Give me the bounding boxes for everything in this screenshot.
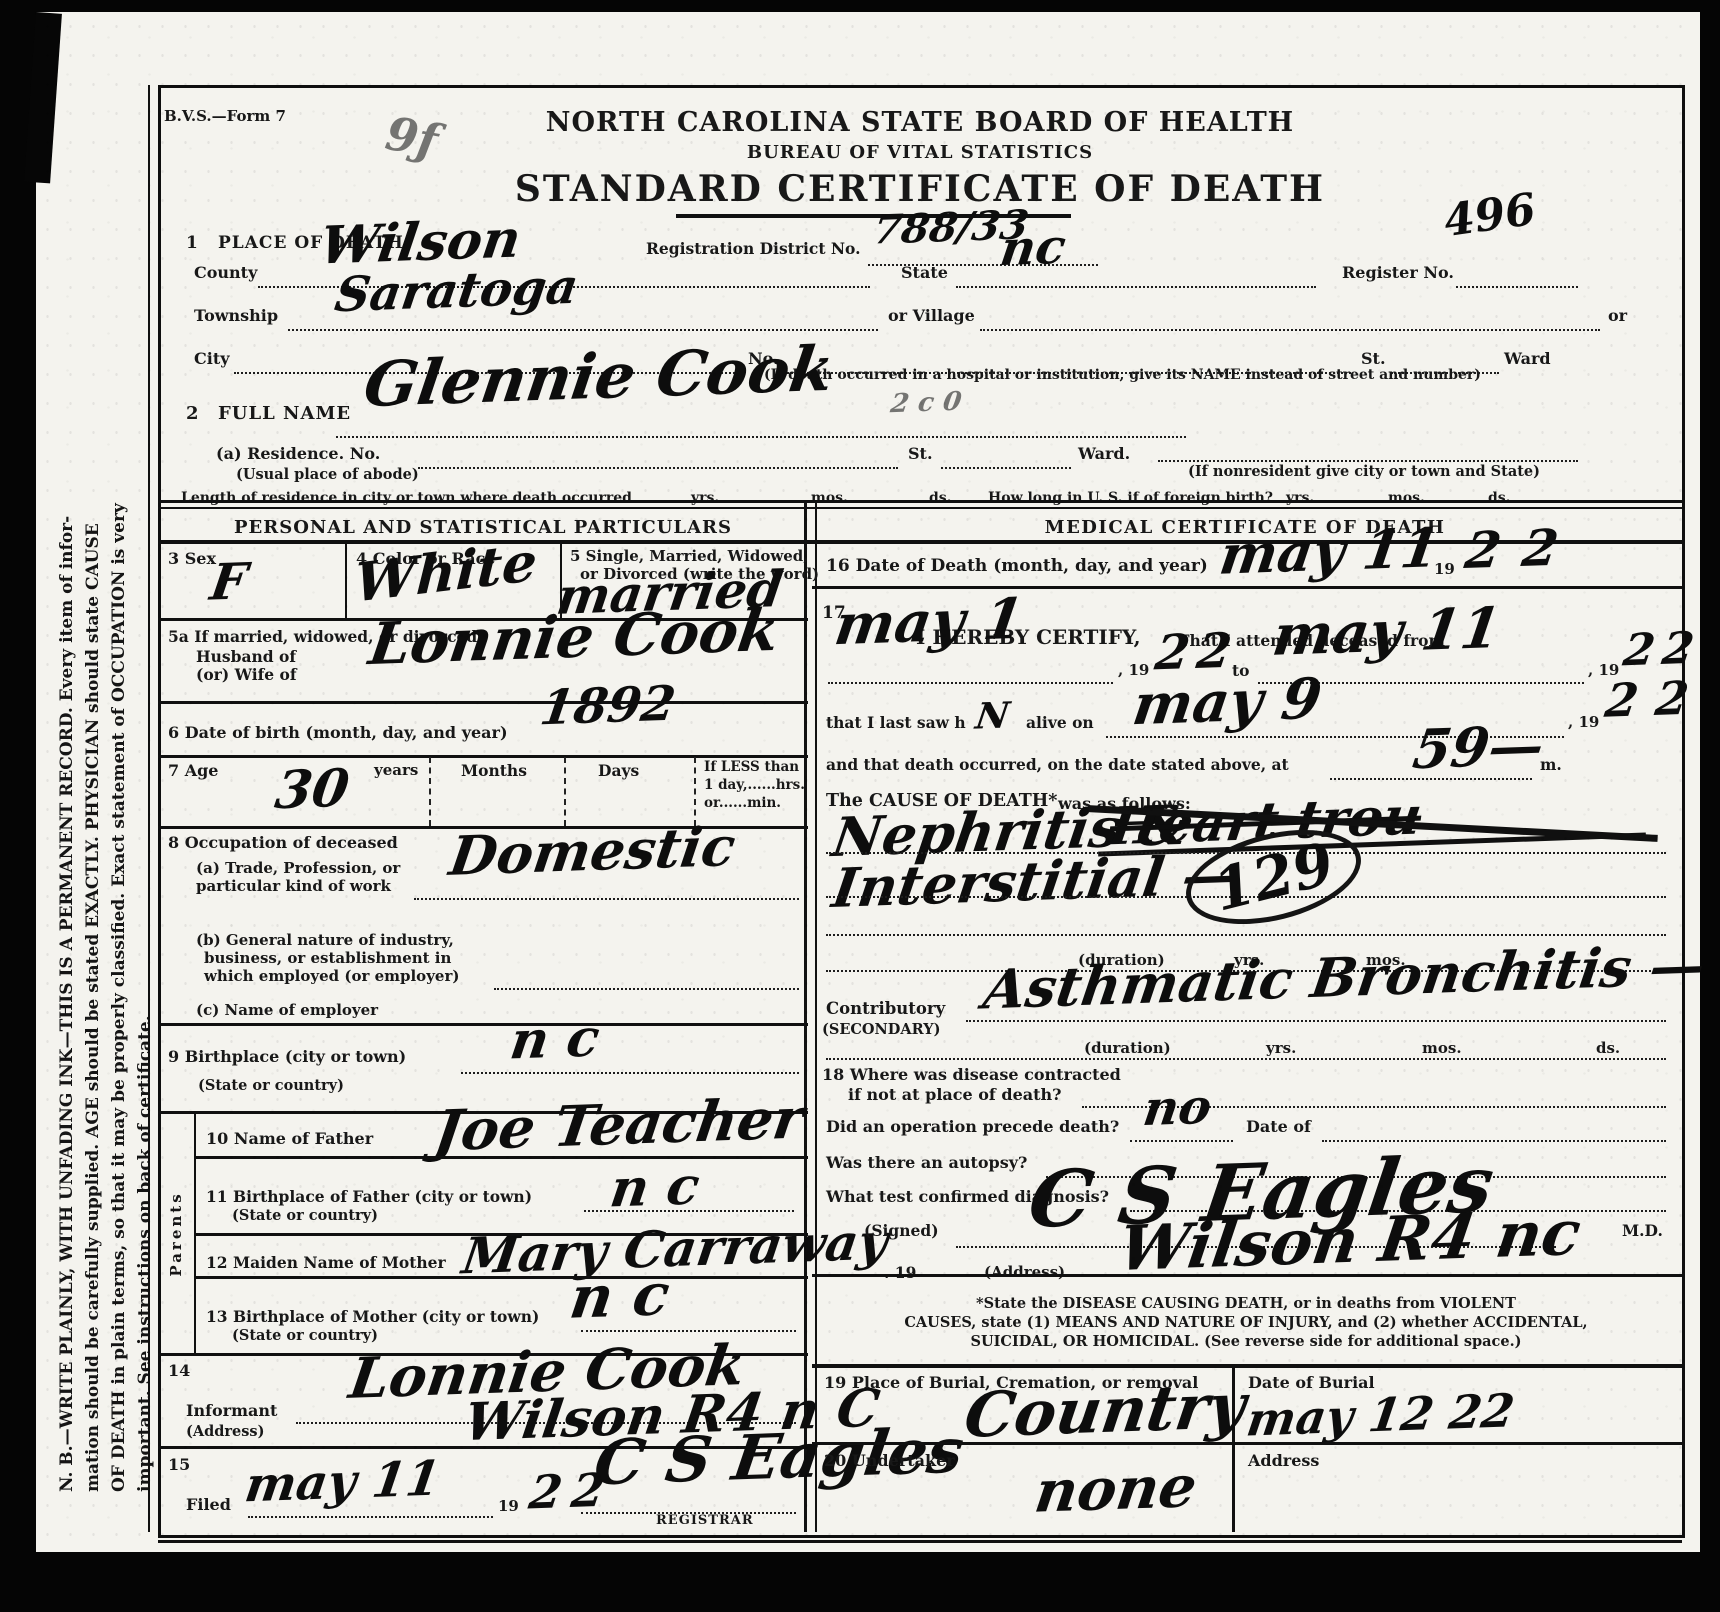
informant-label: Informant	[186, 1402, 277, 1420]
burial-value: Country	[961, 1375, 1249, 1447]
date-of-death-value: may 11	[1217, 520, 1443, 582]
margin-line: N. B.—WRITE PLAINLY, WITH UNFADING INK—T…	[54, 92, 80, 1492]
age-value: 30	[272, 763, 352, 817]
dotted-line	[336, 436, 1186, 438]
occupation-c-label: (c) Name of employer	[196, 1002, 378, 1019]
footnote-line: *State the DISEASE CAUSING DEATH, or in …	[826, 1296, 1666, 1312]
rule	[194, 1156, 808, 1159]
length-residence-label: Length of residence in city or town wher…	[181, 491, 632, 506]
attended-to-value: may 11	[1269, 600, 1504, 664]
rule	[158, 701, 808, 704]
residence-label: (a) Residence. No.	[216, 445, 380, 463]
occupation-a-value: Domestic	[446, 819, 738, 883]
dotted-line	[941, 467, 1071, 469]
rule	[158, 500, 1682, 503]
border-accent-line	[148, 85, 150, 1532]
address-label: (Address)	[984, 1264, 1065, 1281]
dob-label: 6 Date of birth (month, day, and year)	[168, 724, 508, 742]
duration-ds-label: ds.	[1596, 1040, 1620, 1057]
death-occurred-m-label: m.	[1540, 756, 1562, 773]
undertaker-label: 20 Undertaker	[824, 1452, 955, 1470]
cell-divider	[345, 544, 347, 618]
foreign-birth-label: How long in U. S. if of foreign birth?	[988, 491, 1273, 506]
margin-line: important. See instructions on back of c…	[132, 92, 158, 1492]
cause-value-line2: Interstitial —	[829, 847, 1241, 915]
autopsy-label: Was there an autopsy?	[826, 1154, 1027, 1172]
place-of-death-number: 1	[186, 234, 198, 253]
dotted-line	[1456, 286, 1578, 288]
rule	[158, 1023, 808, 1026]
board-title: NORTH CAROLINA STATE BOARD OF HEALTH	[520, 108, 1320, 138]
rule	[812, 1442, 1682, 1445]
yrs-label: yrs.	[691, 491, 719, 506]
father-birthplace-value: n c	[607, 1160, 702, 1215]
burial-date-value: may 12 22	[1244, 1387, 1517, 1442]
duration-yrs-label: yrs.	[1266, 1040, 1296, 1057]
informant-address-label: (Address)	[186, 1424, 264, 1440]
certificate-paper: N. B.—WRITE PLAINLY, WITH UNFADING INK—T…	[36, 12, 1700, 1552]
dotted-line	[1130, 1140, 1233, 1142]
parents-label-text: Parents	[167, 1191, 185, 1276]
margin-instructions: N. B.—WRITE PLAINLY, WITH UNFADING INK—T…	[54, 92, 158, 1492]
secondary-label: (SECONDARY)	[822, 1022, 940, 1038]
undertaker-value: none	[1031, 1457, 1200, 1521]
birthplace-sub-label: (State or country)	[198, 1078, 344, 1094]
spouse-label: Husband of	[196, 648, 296, 665]
or-village-label: or Village	[888, 307, 975, 325]
dotted-line	[826, 934, 1666, 936]
register-no-value: 496	[1441, 188, 1538, 244]
filed-number: 15	[168, 1456, 190, 1474]
rule	[812, 1274, 1682, 1277]
occupation-label: 8 Occupation of deceased	[168, 834, 398, 852]
date-of-death-label: 16 Date of Death (month, day, and year)	[826, 557, 1208, 576]
dotted-line	[494, 988, 799, 990]
dotted-line	[414, 898, 799, 900]
sex-label: 3 Sex	[168, 550, 216, 568]
mother-name-label: 12 Maiden Name of Mother	[206, 1254, 446, 1271]
md-label: M.D.	[1622, 1222, 1663, 1239]
age-years-label: years	[374, 762, 418, 779]
stray-ink-mark: 9ƒ	[382, 110, 441, 164]
undertaker-address-label: Address	[1248, 1452, 1319, 1470]
certificate-title: STANDARD CERTIFICATE OF DEATH	[470, 170, 1370, 210]
abode-note: (Usual place of abode)	[236, 467, 419, 483]
age-label: 7 Age	[168, 762, 218, 780]
dotted-line	[461, 1072, 799, 1074]
father-name-value: Joe Teacher	[431, 1091, 807, 1160]
spouse-label: (or) Wife of	[196, 666, 297, 683]
dotted-line	[248, 1516, 493, 1518]
footnote-line: SUICIDAL, OR HOMICIDAL. (See reverse sid…	[826, 1334, 1666, 1350]
dotted-line	[826, 1058, 1666, 1060]
ds-label: ds.	[1488, 491, 1511, 506]
register-no-label: Register No.	[1342, 264, 1454, 282]
filed-label: Filed	[186, 1496, 231, 1514]
bureau-title: BUREAU OF VITAL STATISTICS	[520, 143, 1320, 163]
ds-label: ds.	[929, 491, 952, 506]
occupation-b-label: business, or establishment in	[204, 950, 451, 967]
dotted-line	[288, 329, 878, 331]
operation-date-label: Date of	[1246, 1118, 1311, 1136]
spouse-value: Lonnie Cook	[366, 601, 783, 673]
physician-address-value: Wilson R4 nc	[1115, 1202, 1584, 1280]
death-occurred-value: 59—	[1410, 718, 1548, 776]
state-value: nc	[997, 223, 1068, 273]
operation-value: no	[1140, 1083, 1214, 1133]
rule	[158, 540, 1682, 544]
full-name-label: FULL NAME	[218, 404, 351, 424]
registrar-label: REGISTRAR	[656, 1514, 754, 1528]
to-year-value: 22	[1621, 627, 1705, 674]
informant-number: 14	[168, 1362, 190, 1380]
hospital-note: (If death occurred in a hospital or inst…	[764, 368, 1481, 383]
age-less-note: or......min.	[704, 796, 781, 811]
registration-district-label: Registration District No.	[646, 240, 861, 257]
last-saw-value: may 9	[1130, 671, 1325, 733]
form-number: B.V.S.—Form 7	[164, 108, 286, 125]
filed-date-value: may 11	[242, 1455, 443, 1510]
occupation-a-label: (a) Trade, Profession, or	[196, 860, 400, 877]
township-value: Saratoga	[332, 263, 581, 319]
column-divider	[804, 500, 817, 1532]
residence-ward-label: Ward.	[1078, 445, 1130, 463]
dotted-line	[828, 682, 1113, 684]
stray-ink-mark: 2 c 0	[889, 389, 963, 417]
birthplace-label: 9 Birthplace (city or town)	[168, 1048, 406, 1066]
birthplace-value: n c	[507, 1012, 602, 1067]
date-of-death-year-value: 22	[1462, 522, 1583, 576]
father-name-label: 10 Name of Father	[206, 1130, 373, 1148]
occupation-a-label: particular kind of work	[196, 878, 391, 895]
disease-contracted-label: 18 Where was disease contracted	[822, 1066, 1121, 1084]
dob-value: 1892	[537, 680, 678, 733]
full-name-value: Glennie Cook	[360, 338, 837, 416]
or-suffix-label: or	[1608, 307, 1627, 325]
dotted-line	[1158, 460, 1578, 462]
last-saw-year-value: 22	[1602, 674, 1709, 723]
signed-label: (Signed)	[864, 1222, 939, 1239]
duration-label: (duration)	[1084, 1040, 1171, 1057]
rule	[158, 755, 808, 758]
left-section-header: PERSONAL AND STATISTICAL PARTICULARS	[158, 518, 808, 538]
last-saw-mark: N	[973, 697, 1011, 734]
parents-cell-divider	[194, 1111, 196, 1353]
city-label: City	[194, 350, 230, 368]
dotted-line	[980, 329, 1600, 331]
dotted-line	[966, 1020, 1666, 1022]
rule	[158, 507, 1682, 509]
residence-st-label: St.	[908, 445, 933, 463]
st-label: St.	[1361, 350, 1386, 368]
father-birthplace-sub: (State or country)	[232, 1208, 378, 1224]
last-saw-label: that I last saw h	[826, 714, 966, 731]
father-birthplace-label: 11 Birthplace of Father (city or town)	[206, 1188, 532, 1205]
mos-label: mos.	[1388, 491, 1425, 506]
alive-on-label: alive on	[1026, 714, 1094, 731]
dotted-line	[581, 1330, 796, 1332]
nonresident-note: (If nonresident give city or town and St…	[1188, 464, 1540, 480]
mother-birthplace-sub: (State or country)	[232, 1328, 378, 1344]
dotted-line	[418, 467, 898, 469]
ward-label: Ward	[1504, 350, 1551, 368]
filed-year-prefix: 19	[498, 1498, 519, 1515]
margin-line: OF DEATH in plain terms, so that it may …	[106, 92, 132, 1492]
margin-line: mation should be carefully supplied. AGE…	[80, 92, 106, 1492]
mother-birthplace-value: n c	[567, 1265, 673, 1326]
mother-birthplace-label: 13 Birthplace of Mother (city or town)	[206, 1308, 539, 1325]
cell-divider	[429, 757, 431, 826]
disease-contracted-label2: if not at place of death?	[848, 1086, 1062, 1104]
scan-background: N. B.—WRITE PLAINLY, WITH UNFADING INK—T…	[0, 0, 1720, 1612]
mother-name-value: Mary Carraway	[459, 1217, 891, 1282]
contributory-label: Contributory	[826, 1000, 945, 1018]
attended-from-value: may 1	[832, 591, 1027, 653]
occupation-b-label: which employed (or employer)	[204, 968, 459, 985]
border-accent-line	[158, 1540, 1682, 1543]
rule	[194, 1276, 808, 1279]
duration-mos-label: mos.	[1422, 1040, 1462, 1057]
address-19-label: . 19	[884, 1264, 916, 1281]
full-name-number: 2	[186, 404, 199, 424]
dotted-line	[956, 286, 1316, 288]
date-of-death-year-prefix: 19	[1434, 561, 1455, 578]
age-days-label: Days	[598, 762, 639, 779]
state-label: State	[901, 264, 948, 282]
county-label: County	[194, 264, 257, 282]
occupation-b-label: (b) General nature of industry,	[196, 932, 454, 949]
cell-divider	[564, 757, 566, 826]
death-occurred-label: and that death occurred, on the date sta…	[826, 756, 1289, 773]
township-label: Township	[194, 307, 278, 325]
sex-value: F	[207, 556, 250, 607]
last-saw-year-prefix: , 19	[1568, 714, 1599, 731]
age-months-label: Months	[461, 762, 527, 779]
operation-label: Did an operation precede death?	[826, 1118, 1119, 1136]
age-less-note: If LESS than	[704, 760, 799, 775]
rule	[812, 1364, 1682, 1368]
age-less-note: 1 day,......hrs.	[704, 778, 805, 793]
yrs-label: yrs.	[1286, 491, 1314, 506]
parents-vertical-label: Parents	[166, 1178, 186, 1290]
footnote-line: CAUSES, state (1) MEANS AND NATURE OF IN…	[826, 1315, 1666, 1331]
